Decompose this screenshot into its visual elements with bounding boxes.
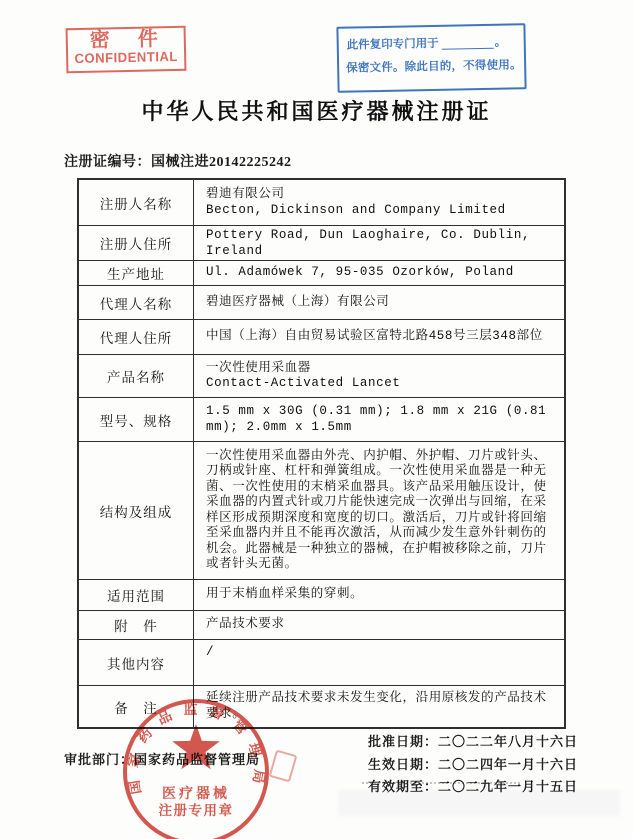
expiry-date-label: 有效期至：	[368, 779, 438, 794]
row-label: 型号、规格	[79, 398, 194, 441]
confidential-stamp: 密 件 CONFIDENTIAL	[66, 26, 187, 74]
copy-notice-blank-line	[442, 37, 494, 50]
value-line: 产品技术要求	[206, 617, 558, 633]
expiry-date-value: 二〇二九年一月十五日	[438, 779, 578, 794]
registration-number-line: 注册证编号：国械注进20142225242	[64, 151, 292, 171]
copy-notice-line1: 此件复印专门用于 。	[347, 33, 524, 52]
row-label: 注册人住所	[79, 226, 194, 260]
effective-date-value: 二〇二四年一月十六日	[438, 757, 578, 772]
table-row-agent-address: 代理人住所 中国（上海）自由贸易试验区富特北路458号三层348部位	[79, 319, 564, 354]
effective-date-line: 生效日期：二〇二四年一月十六日	[368, 754, 578, 777]
value-line: 碧迪医疗器械（上海）有限公司	[206, 295, 558, 311]
row-label: 产品名称	[79, 355, 194, 397]
row-value: 一次性使用采血器 Contact-Activated Lancet	[194, 355, 564, 397]
row-value: 碧迪医疗器械（上海）有限公司	[194, 286, 564, 319]
value-line: 1.5 mm x 30G (0.31 mm); 1.8 mm x 21G (0.…	[206, 404, 558, 435]
copy-notice-line1-text: 此件复印专门用于	[347, 35, 439, 53]
value-line: /	[206, 645, 558, 661]
row-label: 生产地址	[79, 261, 194, 285]
row-value: 一次性使用采血器由外壳、内护帽、外护帽、刀片或针头、刀柄或针座、杠杆和弹簧组成。…	[194, 442, 564, 579]
table-row-structure-composition: 结构及组成 一次性使用采血器由外壳、内护帽、外护帽、刀片或针头、刀柄或针座、杠杆…	[79, 441, 564, 579]
approval-date-label: 批准日期：	[368, 734, 438, 749]
row-label: 其他内容	[79, 640, 194, 685]
row-value: Pottery Road, Dun Laoghaire, Co. Dublin,…	[194, 226, 564, 260]
value-line: 用于末梢血样采集的穿刺。	[206, 587, 558, 603]
approval-date-value: 二〇二二年八月十六日	[438, 734, 578, 749]
row-label: 附 件	[79, 611, 194, 639]
row-value: 1.5 mm x 30G (0.31 mm); 1.8 mm x 21G (0.…	[194, 398, 564, 441]
value-line: 碧迪有限公司	[206, 187, 558, 203]
dates-block: 批准日期：二〇二二年八月十六日 生效日期：二〇二四年一月十六日 有效期至：二〇二…	[368, 731, 578, 799]
certificate-table: 注册人名称 碧迪有限公司 Becton, Dickinson and Compa…	[77, 178, 566, 729]
value-line: Becton, Dickinson and Company Limited	[206, 203, 558, 219]
table-row-agent-name: 代理人名称 碧迪医疗器械（上海）有限公司	[79, 285, 564, 319]
copy-notice-line2: 保密文件。除此目的，不得使用。	[346, 56, 524, 75]
row-label: 适用范围	[79, 580, 194, 610]
confidential-stamp-english: CONFIDENTIAL	[70, 50, 183, 66]
official-seal-stamp: 国家药品监督管理局 医疗器械 注册专用章	[118, 694, 278, 839]
copy-notice-line1-period: 。	[495, 34, 507, 50]
expiry-date-line: 有效期至：二〇二九年一月十五日	[368, 776, 578, 799]
value-line: 一次性使用采血器	[206, 361, 558, 377]
approval-date-line: 批准日期：二〇二二年八月十六日	[368, 731, 578, 754]
row-value: 碧迪有限公司 Becton, Dickinson and Company Lim…	[194, 180, 564, 225]
value-line: Pottery Road, Dun Laoghaire, Co. Dublin,…	[206, 228, 558, 258]
value-line: Contact-Activated Lancet	[206, 376, 558, 392]
table-row-attachment: 附 件 产品技术要求	[79, 610, 564, 639]
registration-number-label: 注册证编号：	[64, 155, 151, 170]
certificate-page: 密 件 CONFIDENTIAL 此件复印专门用于 。 保密文件。除此目的，不得…	[0, 0, 633, 839]
row-value: 用于末梢血样采集的穿刺。	[194, 580, 564, 610]
table-row-model-spec: 型号、规格 1.5 mm x 30G (0.31 mm); 1.8 mm x 2…	[79, 397, 564, 441]
copy-notice-stamp: 此件复印专门用于 。 保密文件。除此目的，不得使用。	[336, 23, 526, 93]
value-line: 中国（上海）自由贸易试验区富特北路458号三层348部位	[206, 329, 558, 345]
row-label: 注册人名称	[79, 180, 194, 225]
table-row-registrant-address: 注册人住所 Pottery Road, Dun Laoghaire, Co. D…	[79, 225, 564, 260]
table-row-scope-of-application: 适用范围 用于末梢血样采集的穿刺。	[79, 579, 564, 610]
row-value: 产品技术要求	[194, 611, 564, 639]
certificate-title: 中华人民共和国医疗器械注册证	[0, 95, 633, 126]
value-line: Ul. Adamówek 7, 95-035 Ozorków, Poland	[206, 265, 558, 281]
row-label: 代理人名称	[79, 286, 194, 319]
table-row-product-name: 产品名称 一次性使用采血器 Contact-Activated Lancet	[79, 354, 564, 397]
row-value: 中国（上海）自由贸易试验区富特北路458号三层348部位	[194, 320, 564, 354]
registration-number-value: 国械注进20142225242	[151, 155, 292, 170]
table-row-other-content: 其他内容 /	[79, 639, 564, 685]
table-row-production-address: 生产地址 Ul. Adamówek 7, 95-035 Ozorków, Pol…	[79, 260, 564, 285]
row-value: /	[194, 640, 564, 685]
row-label: 结构及组成	[79, 442, 194, 579]
table-row-registrant-name: 注册人名称 碧迪有限公司 Becton, Dickinson and Compa…	[79, 180, 564, 225]
seal-text-line2: 注册专用章	[159, 802, 234, 818]
row-value: Ul. Adamówek 7, 95-035 Ozorków, Poland	[194, 261, 564, 285]
value-line: 一次性使用采血器由外壳、内护帽、外护帽、刀片或针头、刀柄或针座、杠杆和弹簧组成。…	[206, 449, 558, 573]
row-label: 代理人住所	[79, 320, 194, 354]
seal-star-icon	[172, 724, 220, 769]
seal-text-line1: 医疗器械	[162, 785, 230, 801]
effective-date-label: 生效日期：	[368, 757, 438, 772]
